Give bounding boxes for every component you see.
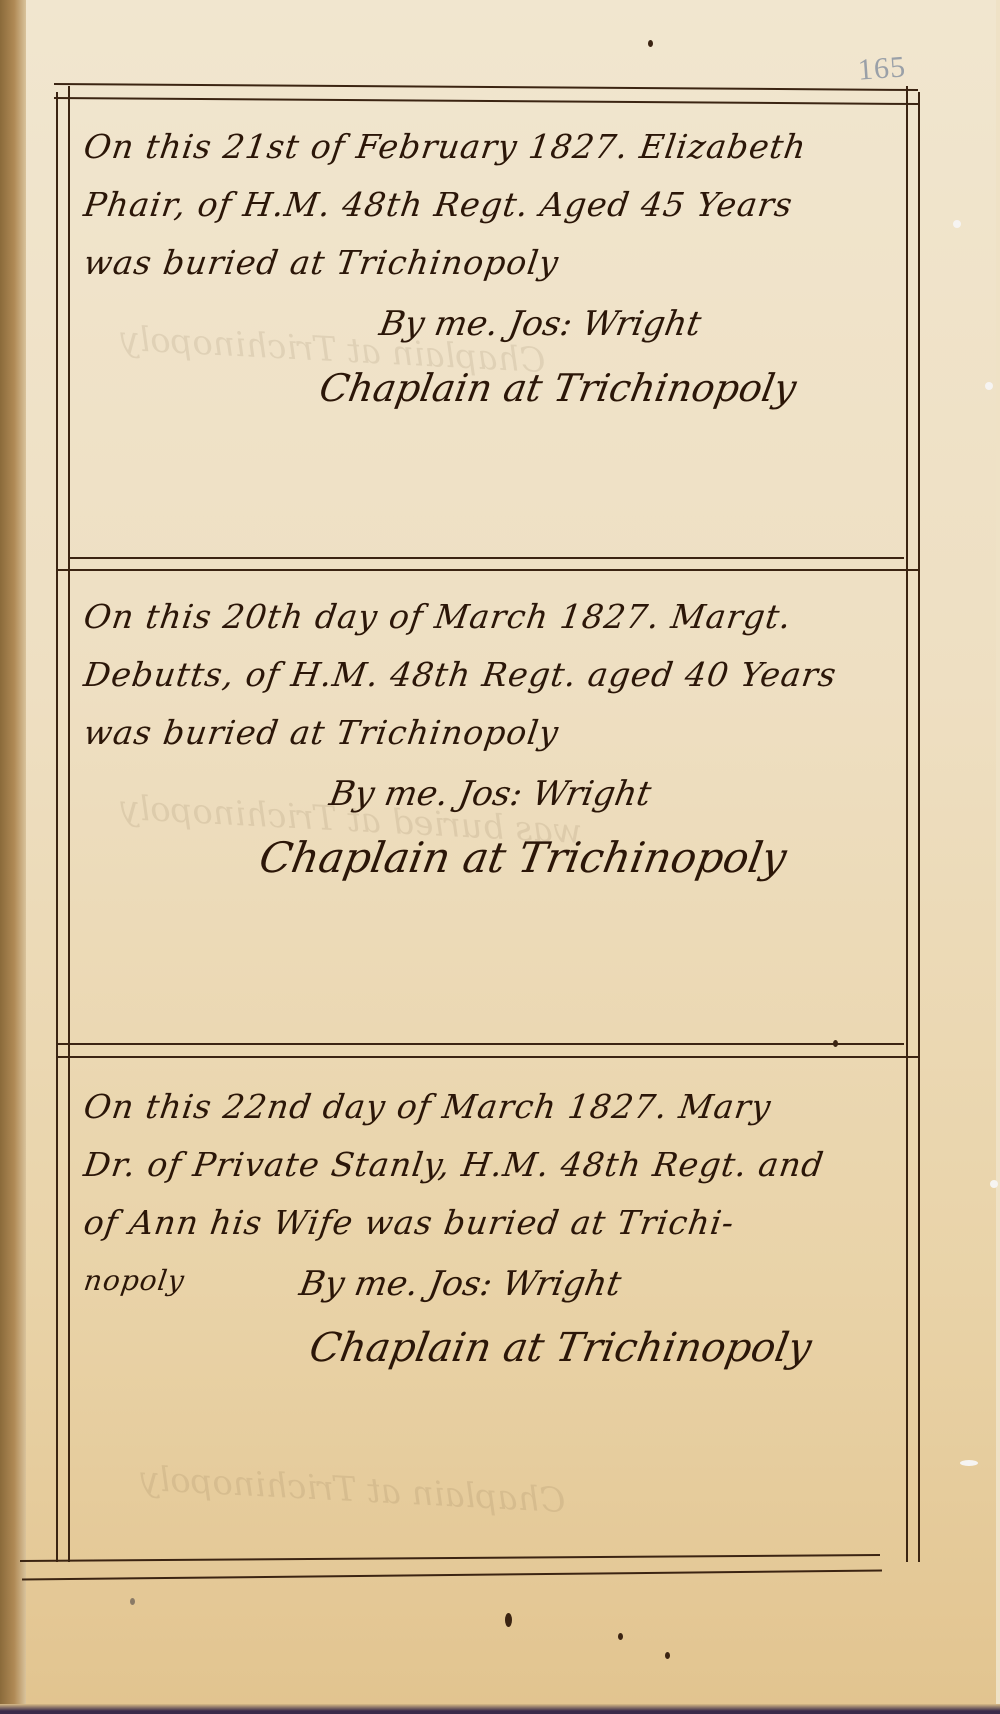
signature-by: By me. Jos: Wright — [74, 292, 905, 356]
entry-final-row: nopoly By me. Jos: Wright — [80, 1252, 900, 1316]
entry-text-line: On this 20th day of March 1827. Margt. — [80, 588, 908, 646]
page-number: 165 — [857, 50, 907, 87]
burial-entry: On this 22nd day of March 1827. Mary Dr.… — [80, 1078, 900, 1380]
rule-bottom-2 — [22, 1569, 882, 1580]
ink-spot — [618, 1633, 623, 1640]
ink-spot — [648, 40, 653, 47]
signature-by: By me. Jos: Wright — [294, 1252, 626, 1316]
entry-text-line: Debutts, of H.M. 48th Regt. aged 40 Year… — [80, 646, 908, 704]
ink-spot — [665, 1652, 670, 1659]
entry-text-line: On this 22nd day of March 1827. Mary — [80, 1078, 908, 1136]
ink-spot — [833, 1040, 838, 1047]
punch-hole — [953, 220, 961, 228]
entry-divider — [68, 557, 904, 559]
ink-spot — [505, 1613, 512, 1627]
punch-hole — [960, 1460, 978, 1466]
entry-text-line: of Ann his Wife was buried at Trichi- — [80, 1194, 908, 1252]
entry-text-line: On this 21st of February 1827. Elizabeth — [80, 118, 908, 176]
ink-spot — [130, 1598, 135, 1605]
document-scan: 165 Chaplain at Trichinopoly was buried … — [0, 0, 1000, 1714]
entry-divider — [56, 1043, 904, 1045]
binding-gutter — [0, 0, 26, 1714]
signature-by: By me. Jos: Wright — [74, 762, 905, 826]
signature-title: Chaplain at Trichinopoly — [74, 356, 905, 420]
entry-text-line: Phair, of H.M. 48th Regt. Aged 45 Years — [80, 176, 908, 234]
entry-divider — [56, 1056, 918, 1058]
signature-title: Chaplain at Trichinopoly — [74, 1316, 905, 1380]
punch-hole — [985, 382, 993, 390]
entry-divider — [56, 569, 918, 571]
page-bottom-edge — [0, 1704, 1000, 1714]
burial-entry: On this 21st of February 1827. Elizabeth… — [80, 118, 900, 420]
signature-title: Chaplain at Trichinopoly — [74, 826, 905, 890]
page-edge — [996, 0, 1000, 1714]
entry-text-line: was buried at Trichinopoly — [80, 704, 908, 762]
burial-entry: On this 20th day of March 1827. Margt. D… — [80, 588, 900, 890]
entry-text-line: nopoly — [80, 1252, 189, 1310]
entry-text-line: Dr. of Private Stanly, H.M. 48th Regt. a… — [80, 1136, 908, 1194]
punch-hole — [990, 1180, 998, 1188]
entry-text-line: was buried at Trichinopoly — [80, 234, 908, 292]
